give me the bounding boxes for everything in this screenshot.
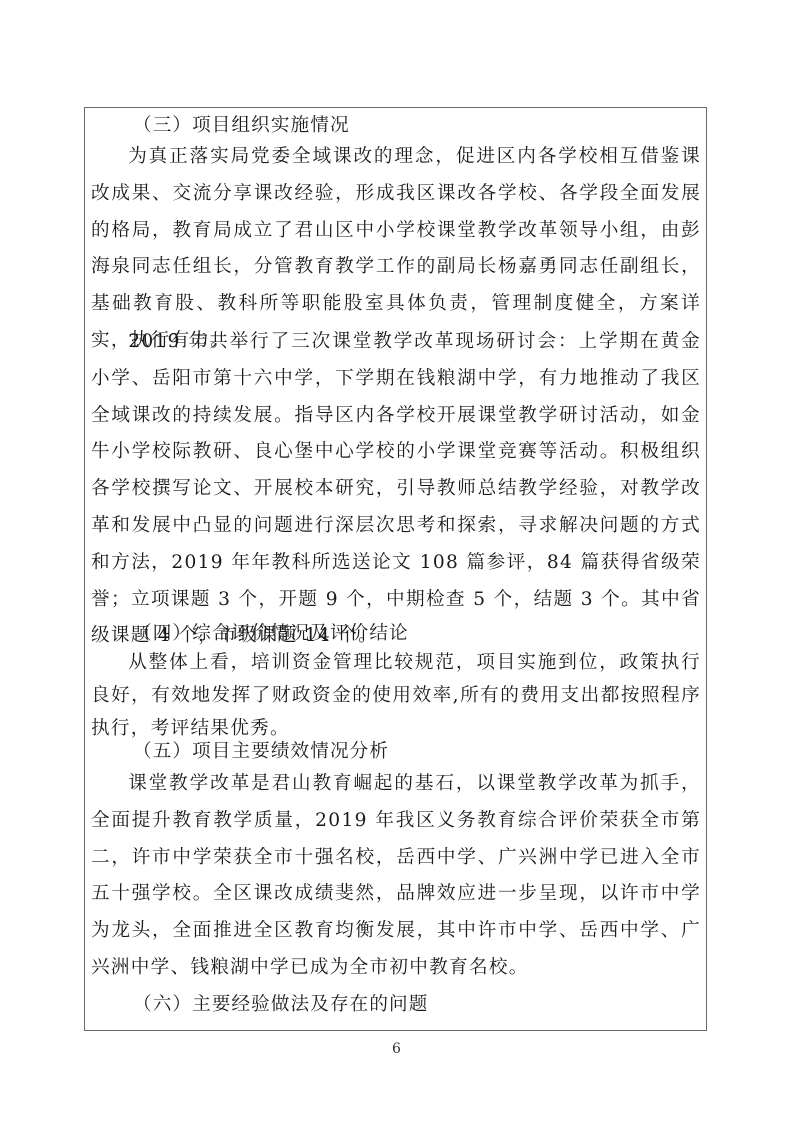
page-number: 6 bbox=[0, 1041, 793, 1057]
section-3-paragraph-2: 2019 年共举行了三次课堂教学改革现场研讨会：上学期在黄金小学、岳阳市第十六中… bbox=[91, 324, 701, 622]
content-frame: （三）项目组织实施情况 为真正落实局党委全域课改的理念，促进区内各学校相互借鉴课… bbox=[84, 107, 707, 1031]
section-heading-5: （五）项目主要绩效情况分析 bbox=[133, 740, 389, 764]
section-heading-3: （三）项目组织实施情况 bbox=[133, 114, 350, 138]
section-3-paragraph-1: 为真正落实局党委全域课改的理念，促进区内各学校相互借鉴课改成果、交流分享课改经验… bbox=[91, 139, 701, 324]
section-heading-6: （六）主要经验做法及存在的问题 bbox=[133, 993, 428, 1017]
section-5-paragraph-1: 课堂教学改革是君山教育崛起的基石，以课堂教学改革为抓手，全面提升教育教学质量，2… bbox=[91, 766, 701, 988]
section-heading-4: （四）综合评价情况及评价结论 bbox=[133, 622, 409, 646]
